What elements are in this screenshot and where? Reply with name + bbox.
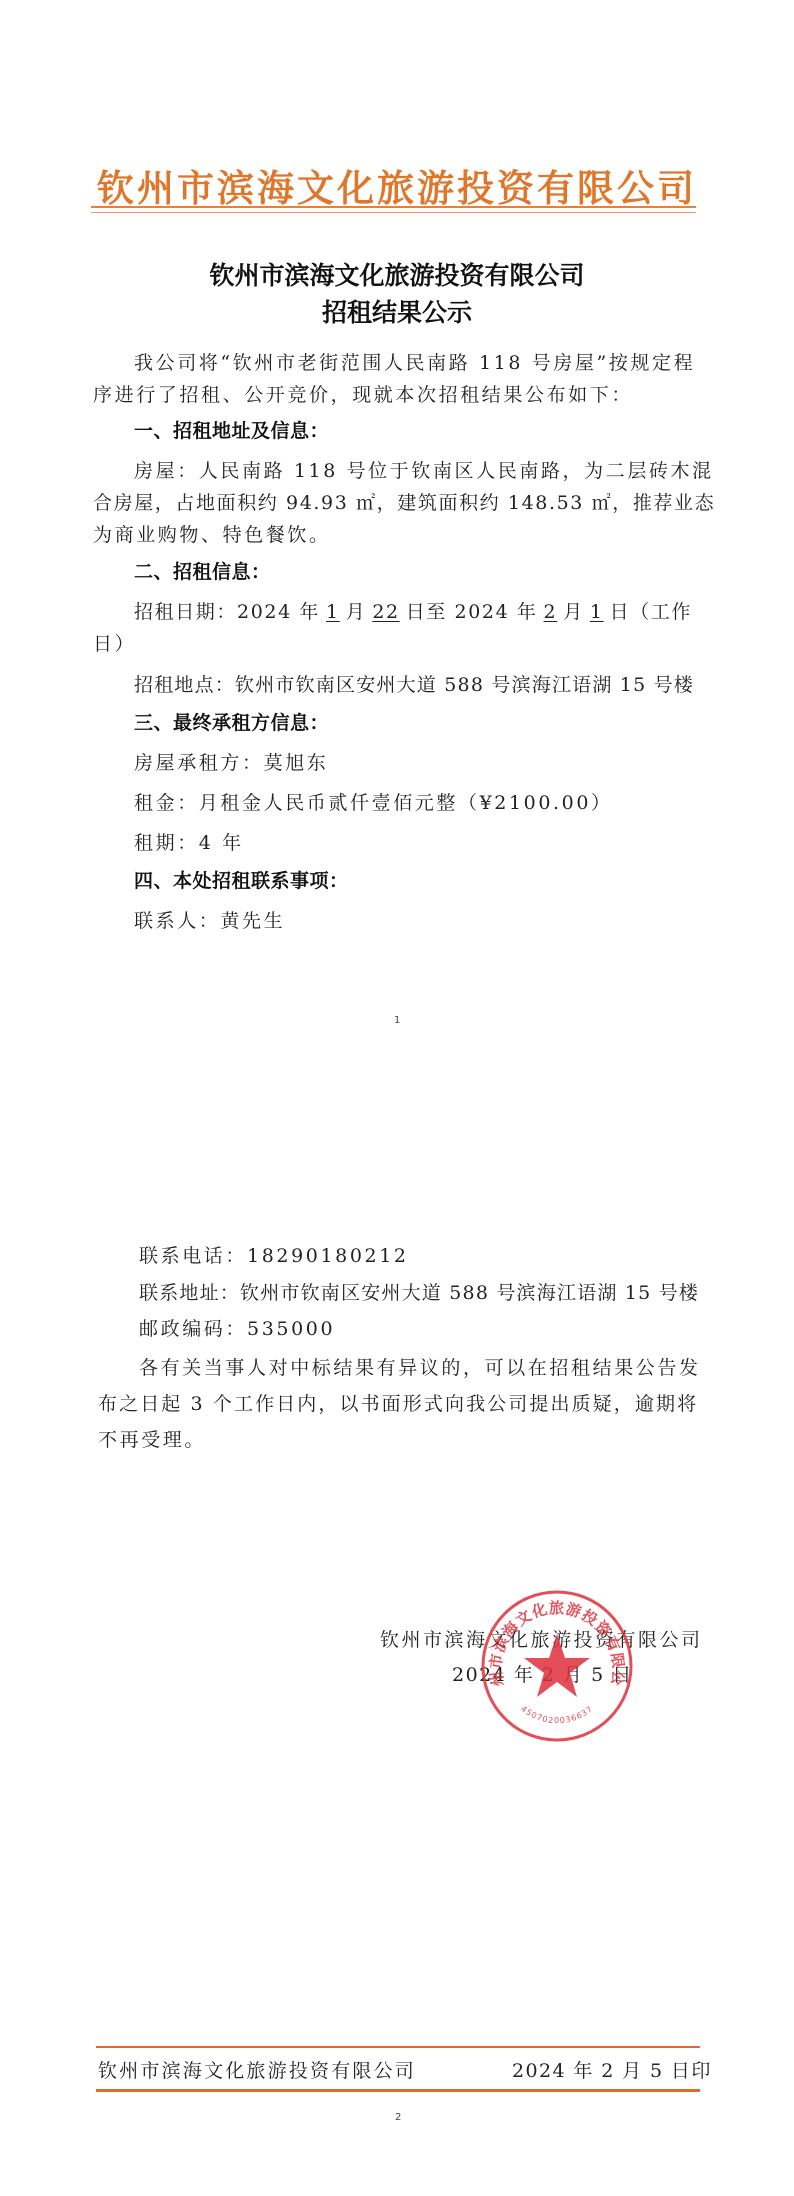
official-seal-icon: 钦州市滨海文化旅游投资有限公司 4507020036637	[479, 1588, 635, 1744]
start-month: 1	[320, 601, 346, 623]
day-to: 日至 2024 年	[406, 601, 538, 623]
intro-line-2: 序进行了招租、公开竞价，现就本次招租结果公布如下：	[93, 380, 633, 407]
section-1-line-3: 为商业购物、特色餐饮。	[93, 520, 331, 547]
footer-rule-top	[96, 2046, 700, 2048]
rental-period-label: 招租日期：2024 年	[134, 601, 320, 623]
section-1-line-1: 房屋：人民南路 118 号位于钦南区人民南路，为二层砖木混	[134, 456, 714, 483]
contact-person: 联系人：黄先生	[134, 906, 285, 933]
letterhead-rule-top	[91, 206, 696, 208]
page-number-1: 1	[394, 1015, 400, 1026]
svg-text:4507020036637: 4507020036637	[519, 1704, 595, 1725]
objection-line-1: 各有关当事人对中标结果有异议的，可以在招租结果公告发	[139, 1353, 701, 1380]
footer-print-date: 2024 年 2 月 5 日印	[512, 2056, 712, 2083]
objection-line-2: 布之日起 3 个工作日内，以书面形式向我公司提出质疑，逾期将	[98, 1389, 698, 1416]
rental-location: 招租地点：钦州市钦南区安州大道 588 号滨海江语湖 15 号楼	[134, 670, 694, 697]
rent: 租金：月租金人民币贰仟壹佰元整（¥2100.00）	[134, 788, 613, 815]
section-2-heading: 二、招租信息：	[134, 557, 271, 584]
section-1-line-2: 合房屋，占地面积约 94.93 ㎡，建筑面积约 148.53 ㎡，推荐业态	[93, 488, 715, 515]
letterhead-company: 钦州市滨海文化旅游投资有限公司	[0, 158, 794, 212]
start-day: 22	[366, 601, 405, 623]
lease-term: 租期：4 年	[134, 828, 244, 855]
objection-line-3: 不再受理。	[98, 1425, 206, 1452]
page-number-2: 2	[395, 2112, 401, 2123]
document-title-line1: 钦州市滨海文化旅游投资有限公司	[0, 256, 794, 292]
footer-rule-bottom	[96, 2089, 700, 2092]
end-day: 1	[584, 601, 610, 623]
rental-period-line-2: 日）	[93, 629, 136, 656]
section-3-heading: 三、最终承租方信息：	[134, 708, 329, 735]
rental-period-line: 招租日期：2024 年1月22日至 2024 年2月1日（工作	[134, 597, 692, 624]
contact-phone: 联系电话：18290180212	[139, 1241, 409, 1268]
contact-address: 联系地址：钦州市钦南区安州大道 588 号滨海江语湖 15 号楼	[139, 1278, 699, 1305]
letterhead-rule-bottom	[91, 212, 696, 213]
document-title-line2: 招租结果公示	[0, 293, 794, 329]
section-4-heading: 四、本处招租联系事项：	[134, 866, 349, 893]
postcode: 邮政编码：535000	[139, 1314, 335, 1341]
date-suffix: 日（工作	[610, 601, 692, 623]
end-month: 2	[538, 601, 564, 623]
month-char-2: 月	[563, 601, 584, 623]
intro-line-1: 我公司将“钦州市老街范围人民南路 118 号房屋”按规定程	[134, 348, 695, 375]
section-1-heading: 一、招租地址及信息：	[134, 416, 329, 443]
footer-company: 钦州市滨海文化旅游投资有限公司	[98, 2056, 416, 2083]
month-char-1: 月	[346, 601, 367, 623]
tenant: 房屋承租方：莫旭东	[134, 748, 328, 775]
